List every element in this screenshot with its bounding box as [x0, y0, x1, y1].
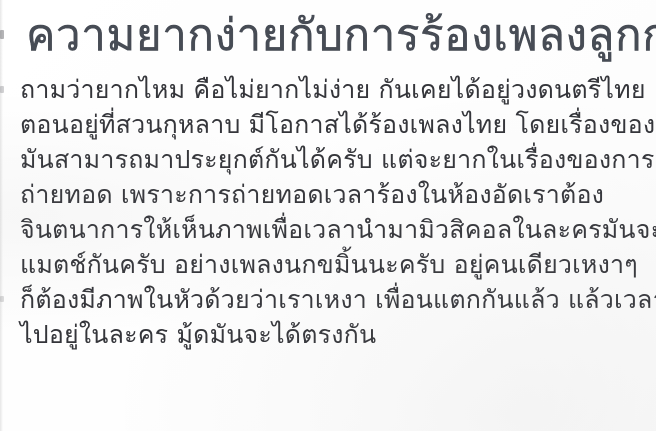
text-line: จินตนาการให้เห็นภาพเพื่อเวลานำมามิวสิคอล…	[20, 212, 644, 247]
text-line: ก็ต้องมีภาพในหัวด้วยว่าเราเหงา เพื่อนแตก…	[20, 282, 644, 317]
scanned-article-page: ความยากง่ายกับการร้องเพลงลูกกรุง ถามว่าย…	[0, 0, 656, 431]
page-scan-edge	[0, 0, 3, 431]
text-line: ถ่ายทอด เพราะการถ่ายทอดเวลาร้องในห้องอัด…	[20, 177, 644, 212]
scan-artifact	[0, 296, 4, 302]
text-line: ไปอยู่ในละคร มู้ดมันจะได้ตรงกัน	[20, 317, 644, 352]
text-line: แมตช์กันครับ อย่างเพลงนกขมิ้นนะครับ อยู่…	[20, 247, 644, 282]
text-line: ตอนอยู่ที่สวนกุหลาบ มีโอกาสได้ร้องเพลงไท…	[20, 107, 644, 142]
text-line: ถามว่ายากไหม คือไม่ยากไม่ง่าย กันเคยได้อ…	[20, 72, 644, 107]
scan-artifact	[0, 30, 4, 39]
article-body: ถามว่ายากไหม คือไม่ยากไม่ง่าย กันเคยได้อ…	[20, 72, 644, 352]
scan-artifact	[0, 86, 4, 93]
text-line: มันสามารถมาประยุกต์กันได้ครับ แต่จะยากใน…	[20, 142, 644, 177]
article-title: ความยากง่ายกับการร้องเพลงลูกกรุง	[26, 10, 642, 62]
